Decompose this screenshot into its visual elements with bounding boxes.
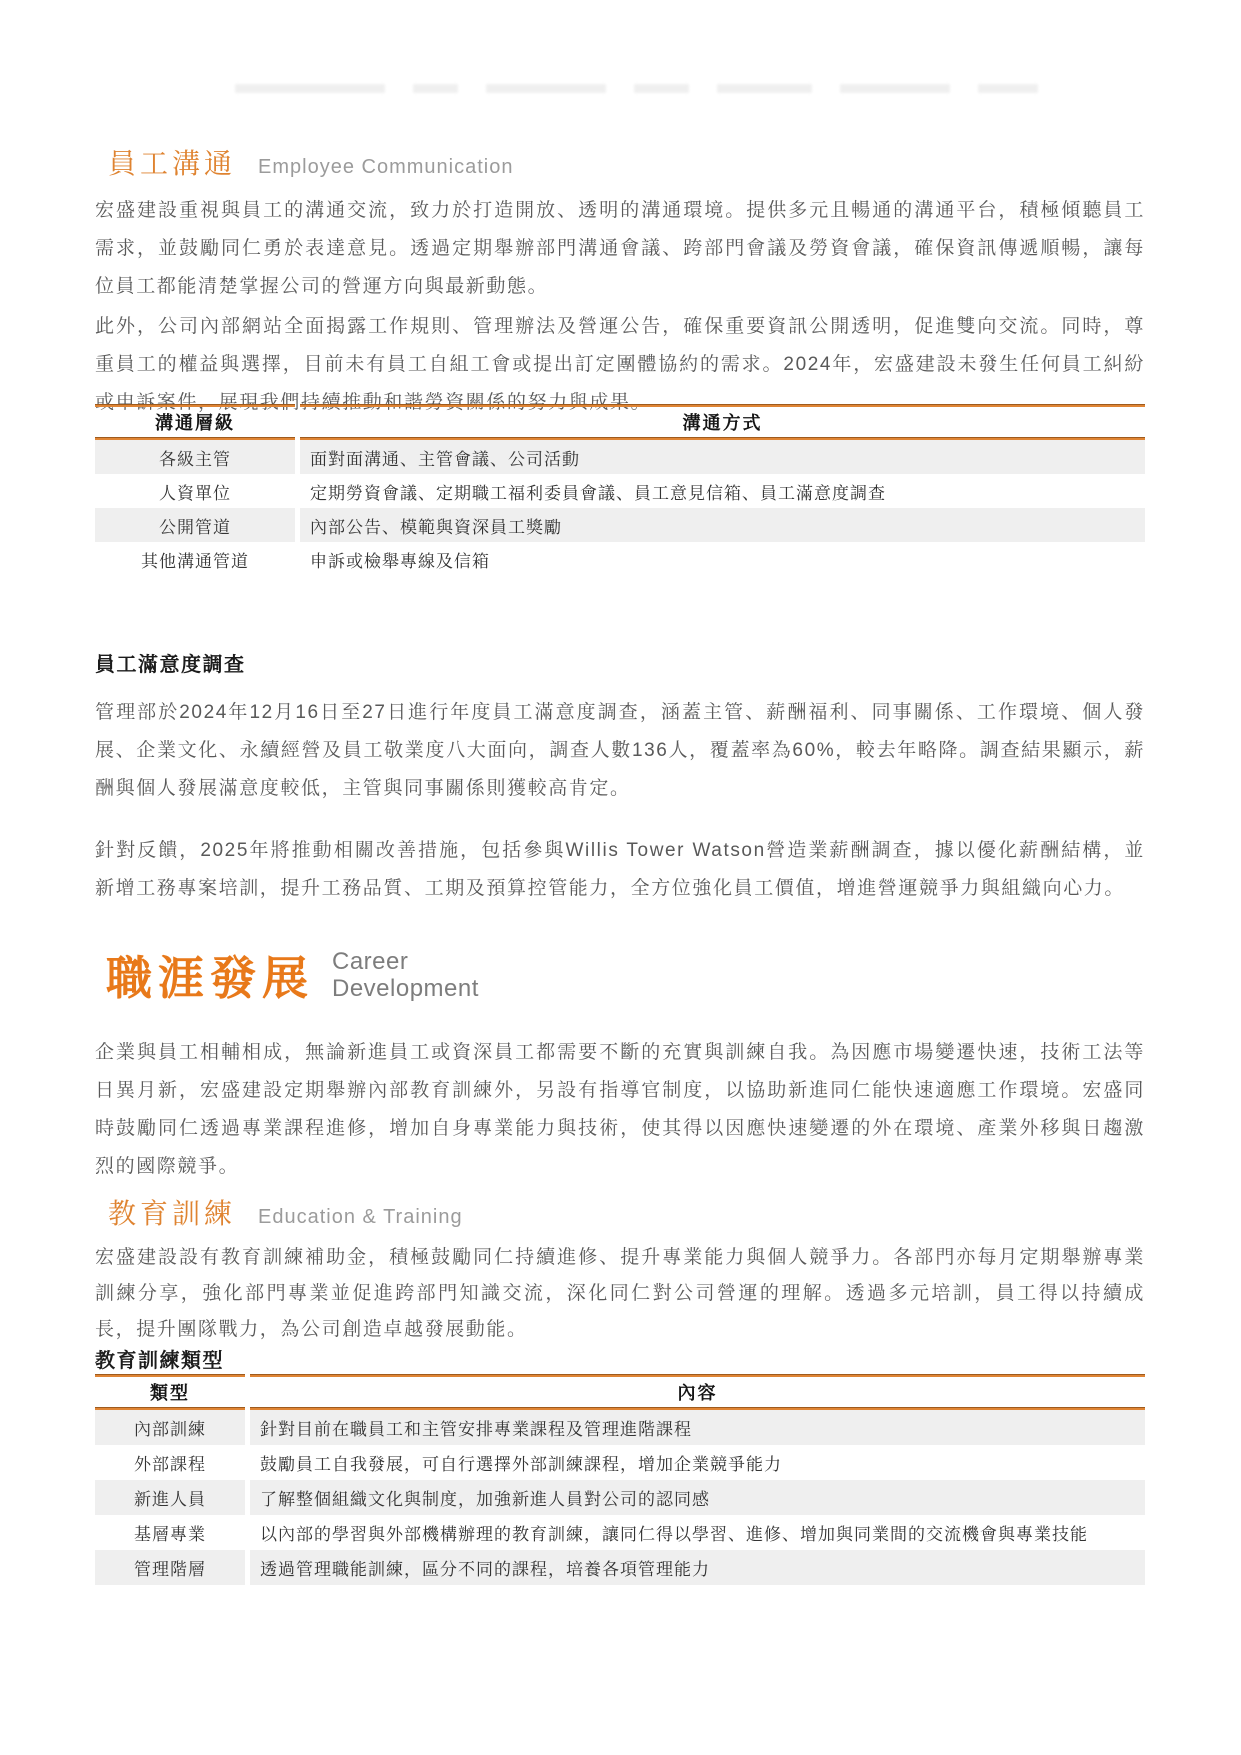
table-row-label: 新進人員 [95, 1480, 245, 1515]
column-header: 內容 [250, 1377, 1145, 1407]
table-row-label: 其他溝通管道 [95, 542, 295, 576]
chapter-title-en-line1: Career [332, 948, 479, 975]
chapter-title-zh: 職涯發展 [106, 942, 314, 1008]
section-title-zh: 教育訓練 [108, 1192, 236, 1232]
subsection-heading-satisfaction-survey: 員工滿意度調查 [95, 648, 1145, 677]
paragraph-communication-1: 宏盛建設重視與員工的溝通交流，致力於打造開放、透明的溝通環境。提供多元且暢通的溝… [95, 192, 1145, 306]
artifact-bar [486, 84, 606, 93]
section-title-en: Education & Training [258, 1206, 463, 1229]
table-row-value: 以內部的學習與外部機構辦理的教育訓練，讓同仁得以學習、進修、增加與同業間的交流機… [250, 1515, 1145, 1550]
table-row-value: 了解整個組織文化與制度，加強新進人員對公司的認同感 [250, 1480, 1145, 1515]
table-row-label: 外部課程 [95, 1445, 245, 1480]
table-row-label: 各級主管 [95, 440, 295, 474]
paragraph-career: 企業與員工相輔相成，無論新進員工或資深員工都需要不斷的充實與訓練自我。為因應市場… [95, 1034, 1145, 1186]
training-types-table: 類型 內容 內部訓練 針對目前在職員工和主管安排專業課程及管理進階課程 外部課程… [95, 1374, 1145, 1585]
table-row-value: 定期勞資會議、定期職工福利委員會議、員工意見信箱、員工滿意度調查 [300, 474, 1145, 508]
paragraph-survey-1: 管理部於2024年12月16日至27日進行年度員工滿意度調查，涵蓋主管、薪酬福利… [95, 694, 1145, 808]
section-heading-employee-communication: 員工溝通 Employee Communication [95, 142, 1145, 182]
artifact-bar [840, 84, 950, 93]
section-title-zh: 員工溝通 [108, 142, 236, 182]
report-page: { "communication": { "title_zh": "員工溝通",… [0, 0, 1241, 1755]
artifact-bar [978, 84, 1038, 93]
table-row-label: 人資單位 [95, 474, 295, 508]
table-row-value: 鼓勵員工自我發展，可自行選擇外部訓練課程，增加企業競爭能力 [250, 1445, 1145, 1480]
table-row-label: 公開管道 [95, 508, 295, 542]
paragraph-survey-2: 針對反饋，2025年將推動相關改善措施，包括參與Willis Tower Wat… [95, 832, 1145, 908]
table-row-value: 面對面溝通、主管會議、公司活動 [300, 440, 1145, 474]
column-header: 溝通層級 [95, 407, 295, 437]
table-row-label: 管理階層 [95, 1550, 245, 1585]
table-row-value: 針對目前在職員工和主管安排專業課程及管理進階課程 [250, 1410, 1145, 1445]
table-row-value: 申訴或檢舉專線及信箱 [300, 542, 1145, 576]
section-title-en: Employee Communication [258, 156, 513, 179]
table-row-label: 內部訓練 [95, 1410, 245, 1445]
artifact-bar [717, 84, 812, 93]
table-row-value: 透過管理職能訓練，區分不同的課程，培養各項管理能力 [250, 1550, 1145, 1585]
artifact-bar [413, 84, 458, 93]
table-row-value: 內部公告、模範與資深員工獎勵 [300, 508, 1145, 542]
communication-channel-table: 溝通層級 溝通方式 各級主管 面對面溝通、主管會議、公司活動 人資單位 定期勞資… [95, 404, 1145, 576]
scanned-text-artifact [235, 84, 1038, 96]
chapter-title-en-line2: Development [332, 975, 479, 1002]
subsection-heading-training-types: 教育訓練類型 [95, 1344, 1145, 1373]
column-header: 類型 [95, 1377, 245, 1407]
column-header: 溝通方式 [300, 407, 1145, 437]
chapter-heading-career-development: 職涯發展 Career Development [95, 942, 1145, 1008]
chapter-title-en: Career Development [332, 948, 479, 1002]
section-heading-education-training: 教育訓練 Education & Training [95, 1192, 1145, 1232]
artifact-bar [634, 84, 689, 93]
artifact-bar [235, 84, 385, 93]
paragraph-training: 宏盛建設設有教育訓練補助金，積極鼓勵同仁持續進修、提升專業能力與個人競爭力。各部… [95, 1240, 1145, 1348]
table-row-label: 基層專業 [95, 1515, 245, 1550]
